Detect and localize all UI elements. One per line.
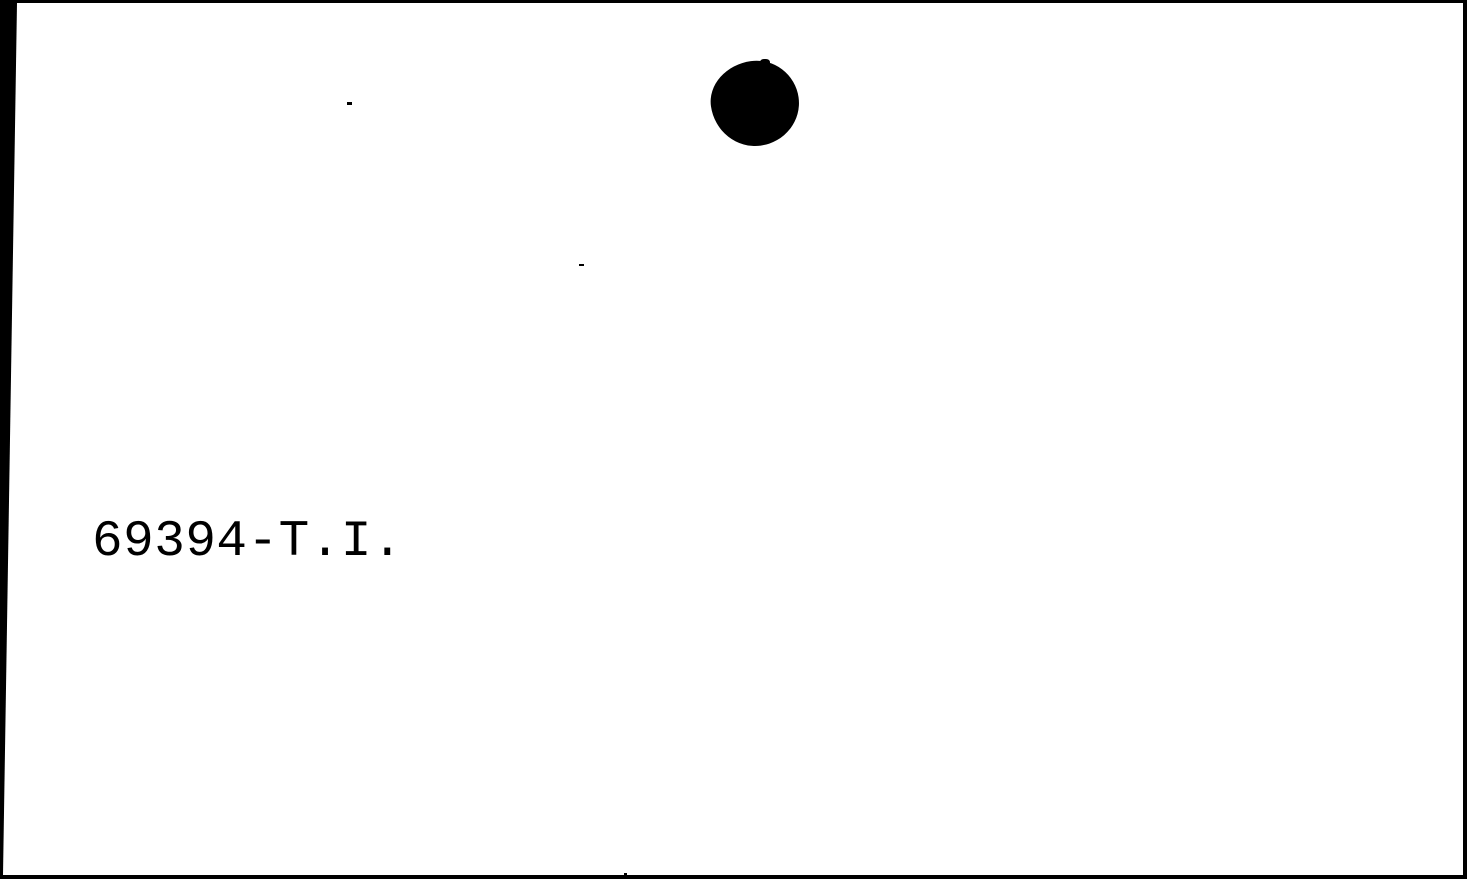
- card-number: 69394-T.I.: [92, 517, 403, 568]
- scan-speck: [624, 873, 627, 876]
- scan-speck: [347, 102, 352, 105]
- scan-speck: [579, 264, 584, 266]
- index-card: 69394-T.I.: [0, 0, 1467, 879]
- punch-hole-edge: [760, 59, 770, 67]
- card-right-edge: [1463, 0, 1467, 879]
